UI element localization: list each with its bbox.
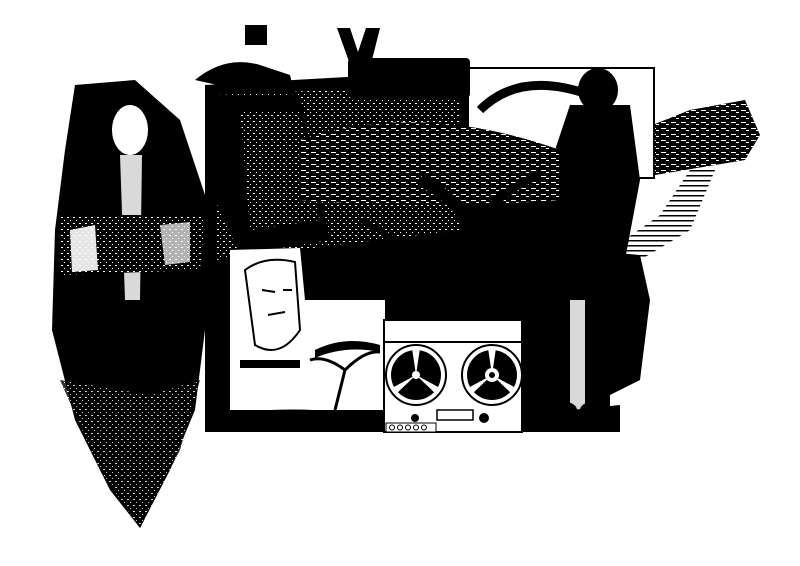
tape-reel-right <box>462 345 522 405</box>
control-buttons <box>386 423 436 432</box>
reel-to-reel-tape-recorder <box>384 320 522 432</box>
tape-reel-left <box>386 345 446 405</box>
collage-artwork <box>0 0 800 566</box>
tall-tribal-figure <box>52 80 210 528</box>
